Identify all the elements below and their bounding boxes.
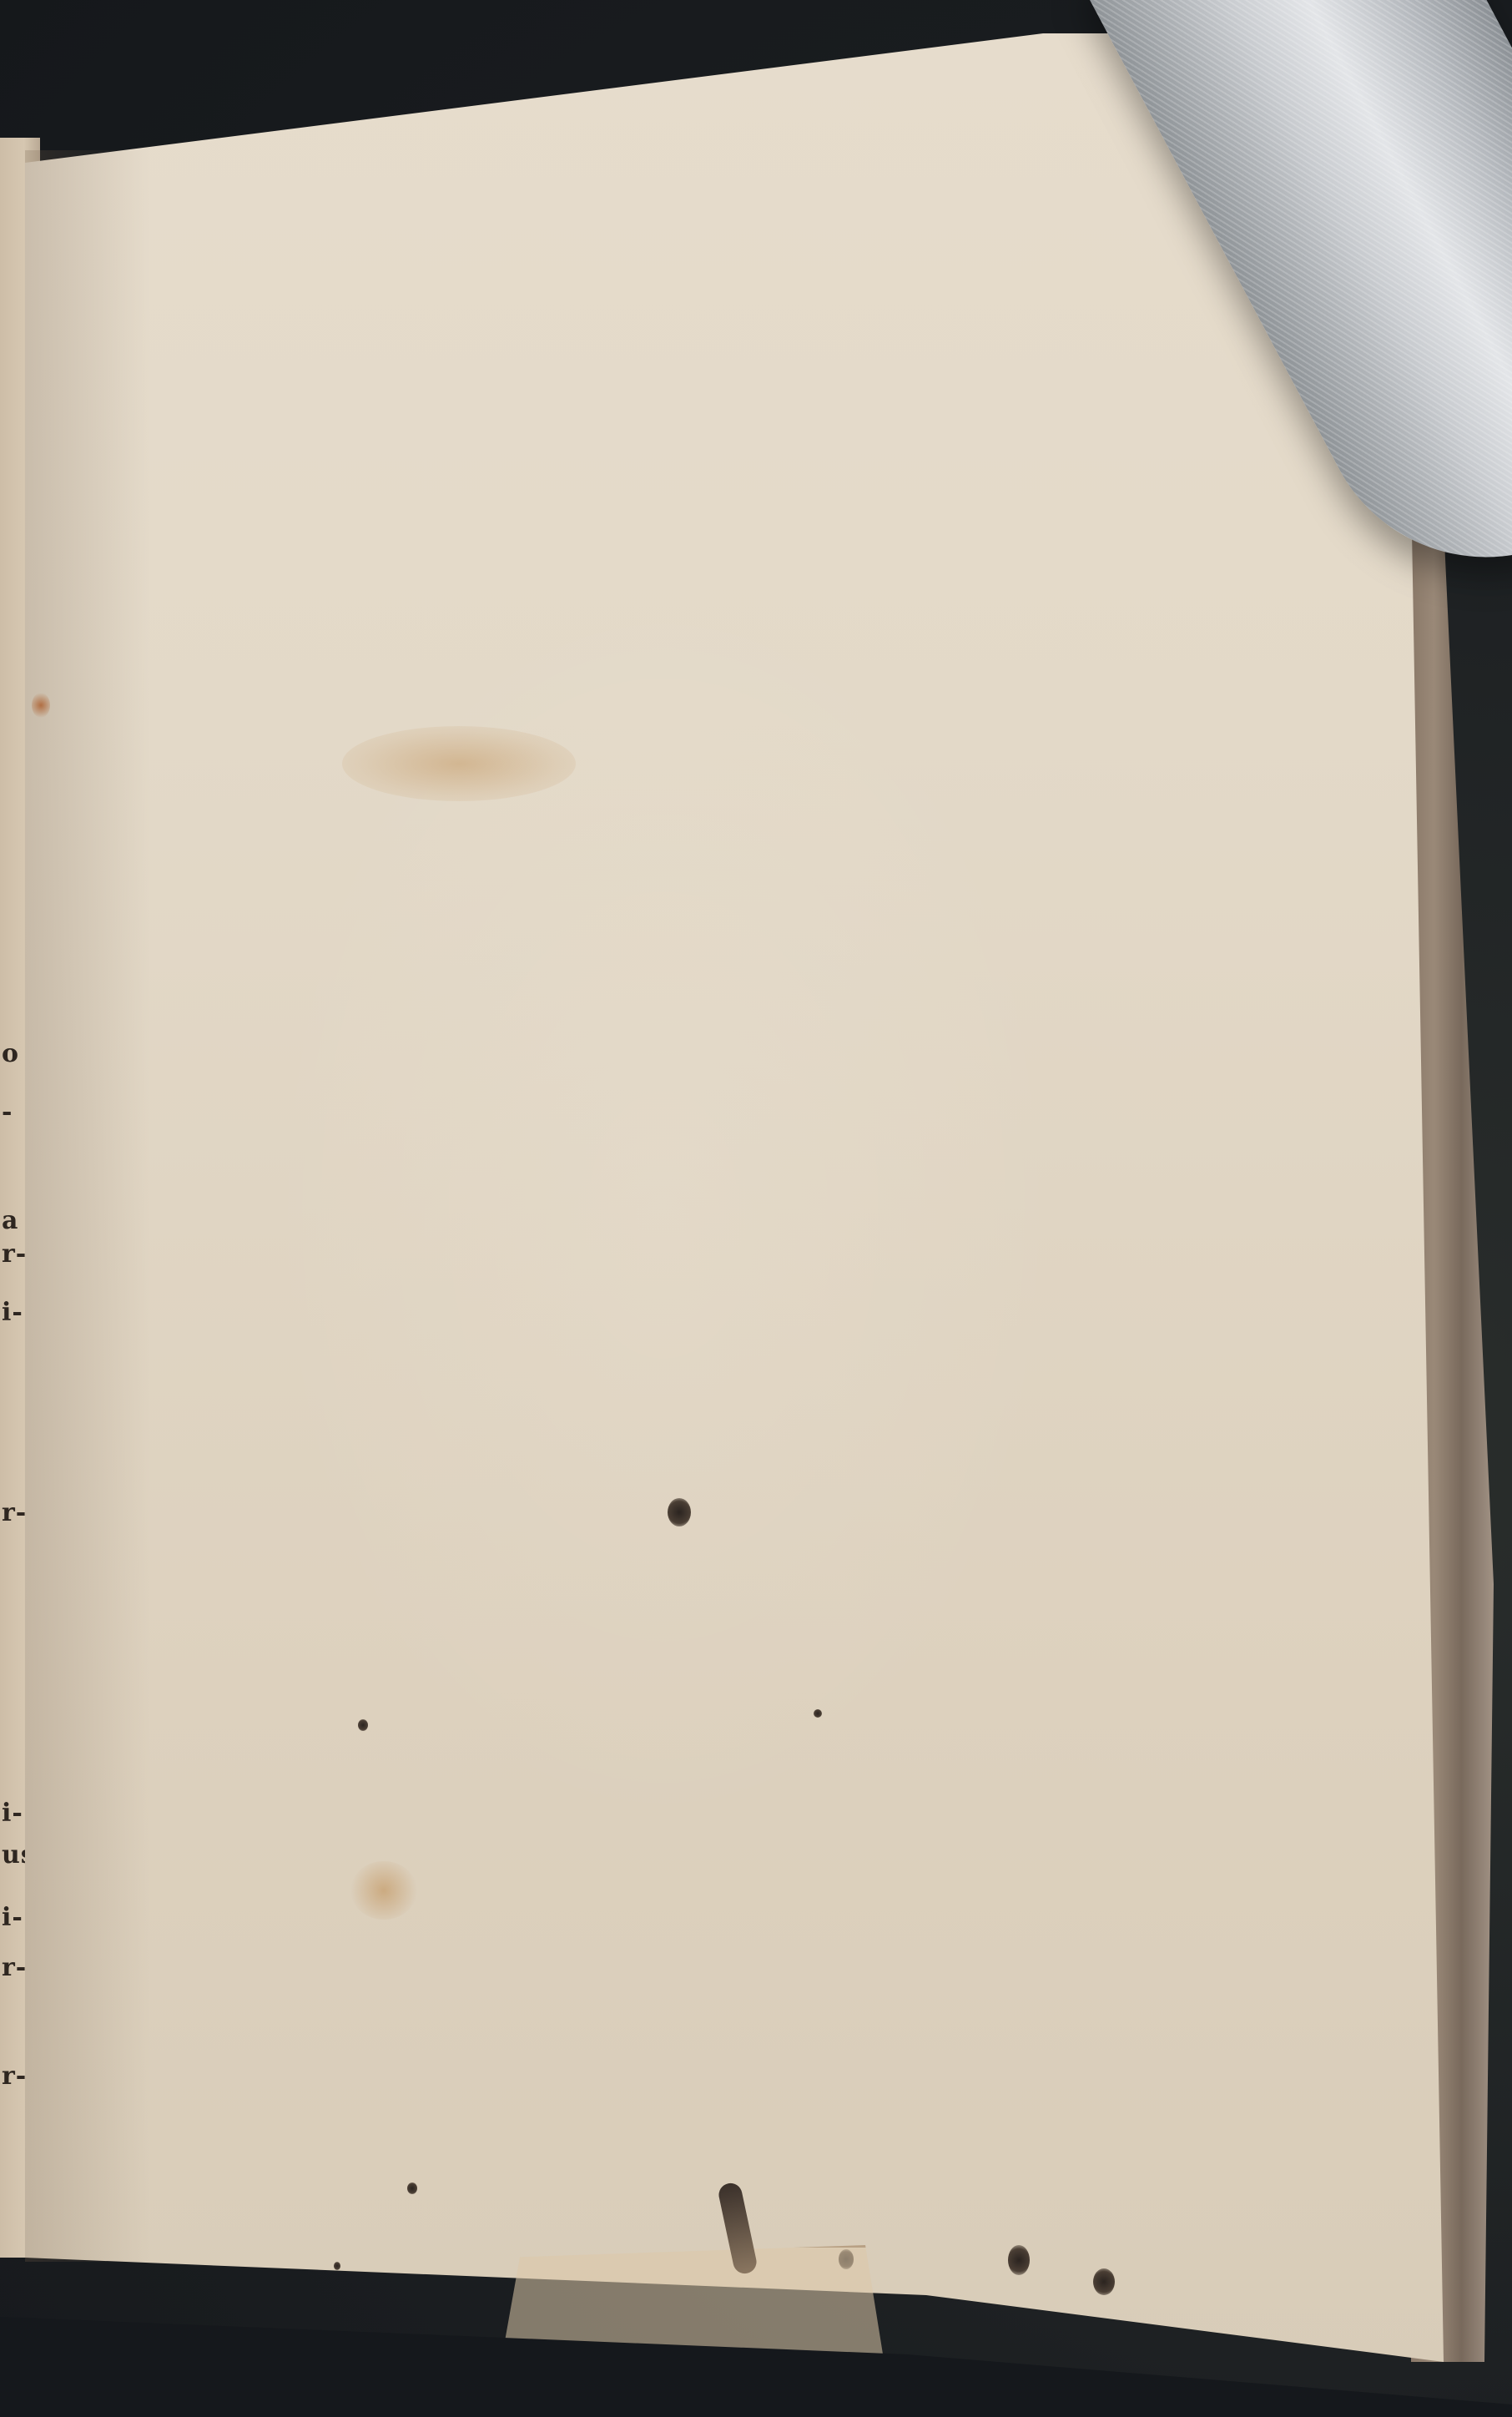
text-fragment: i-	[2, 1298, 23, 1327]
foxing-spot	[350, 1861, 417, 1920]
wormhole	[334, 2262, 340, 2270]
text-fragment: i-	[2, 1799, 23, 1828]
text-fragment: r-	[2, 2061, 27, 2091]
blank-page	[25, 0, 1444, 2417]
rust-spot	[32, 693, 50, 718]
water-stain	[342, 726, 576, 801]
text-fragment: r-	[2, 1239, 27, 1269]
text-fragment: i-	[2, 1903, 23, 1932]
wormhole	[814, 1709, 822, 1718]
wormhole	[1008, 2245, 1030, 2275]
text-fragment: r-	[2, 1498, 27, 1527]
text-fragment: -	[2, 1097, 13, 1127]
wormhole	[1093, 2268, 1115, 2295]
gutter-shadow	[25, 150, 150, 2262]
wormhole	[668, 1498, 691, 1526]
book-photo: o - a r- i- r- i- us i- r- r-	[0, 0, 1512, 2417]
text-fragment: a	[2, 1206, 18, 1235]
wormhole	[407, 2182, 417, 2194]
text-fragment: r-	[2, 1953, 27, 1982]
wormhole	[358, 1719, 368, 1731]
text-fragment: o	[2, 1039, 19, 1068]
